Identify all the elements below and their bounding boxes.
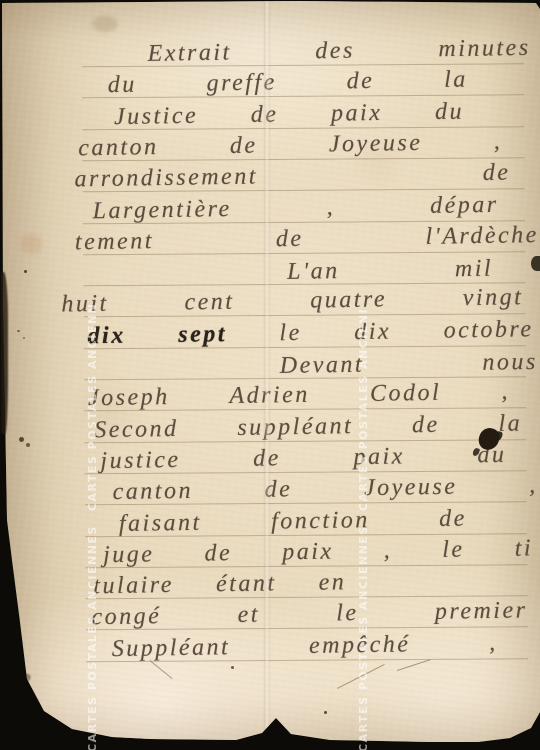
handwriting-text: tulaire étant en	[93, 569, 346, 599]
handwriting-text: L'an mil	[287, 256, 493, 285]
handwriting-text: canton de Joyeuse ,	[112, 473, 537, 506]
handwriting-text: Devant nous	[280, 349, 538, 379]
torn-edge	[1, 272, 8, 434]
handwriting-text: Largentière , dépar	[92, 191, 498, 223]
handwriting-layer: Extrait des minutesdu greffe de laJustic…	[0, 0, 540, 750]
handwriting-text: du greffe de la	[108, 67, 468, 99]
handwriting-text: huit cent quatre vingt	[61, 285, 523, 318]
handwriting-text: tement de l'Ardèche	[75, 222, 539, 255]
handwriting-text: arrondissement de	[74, 160, 510, 193]
handwriting-text: faisant fonction de	[119, 505, 467, 536]
scanned-manuscript-photo: Extrait des minutesdu greffe de laJustic…	[0, 0, 540, 750]
handwriting-text: juge de paix , le ti	[103, 535, 533, 568]
manuscript-paper: Extrait des minutesdu greffe de laJustic…	[0, 0, 540, 750]
handwriting-text: Suppléant empêché ,	[112, 630, 498, 662]
handwriting-text: congé et le premier	[91, 598, 527, 631]
handwriting-text: Second suppléant de la	[94, 410, 522, 443]
handwriting-text: Joseph Adrien Codol ,	[88, 379, 510, 412]
manuscript-line: Suppléant empêché ,	[111, 627, 497, 667]
handwriting-text: Extrait des minutes	[147, 35, 530, 67]
handwriting-text: justice de paix du	[100, 442, 506, 474]
handwriting-text: Justice de paix du	[114, 98, 464, 129]
handwriting-text: canton de Joyeuse ,	[78, 129, 502, 162]
handwriting-text: le dix octobre	[279, 316, 534, 346]
overwritten-date-words: dix sept	[87, 321, 227, 349]
